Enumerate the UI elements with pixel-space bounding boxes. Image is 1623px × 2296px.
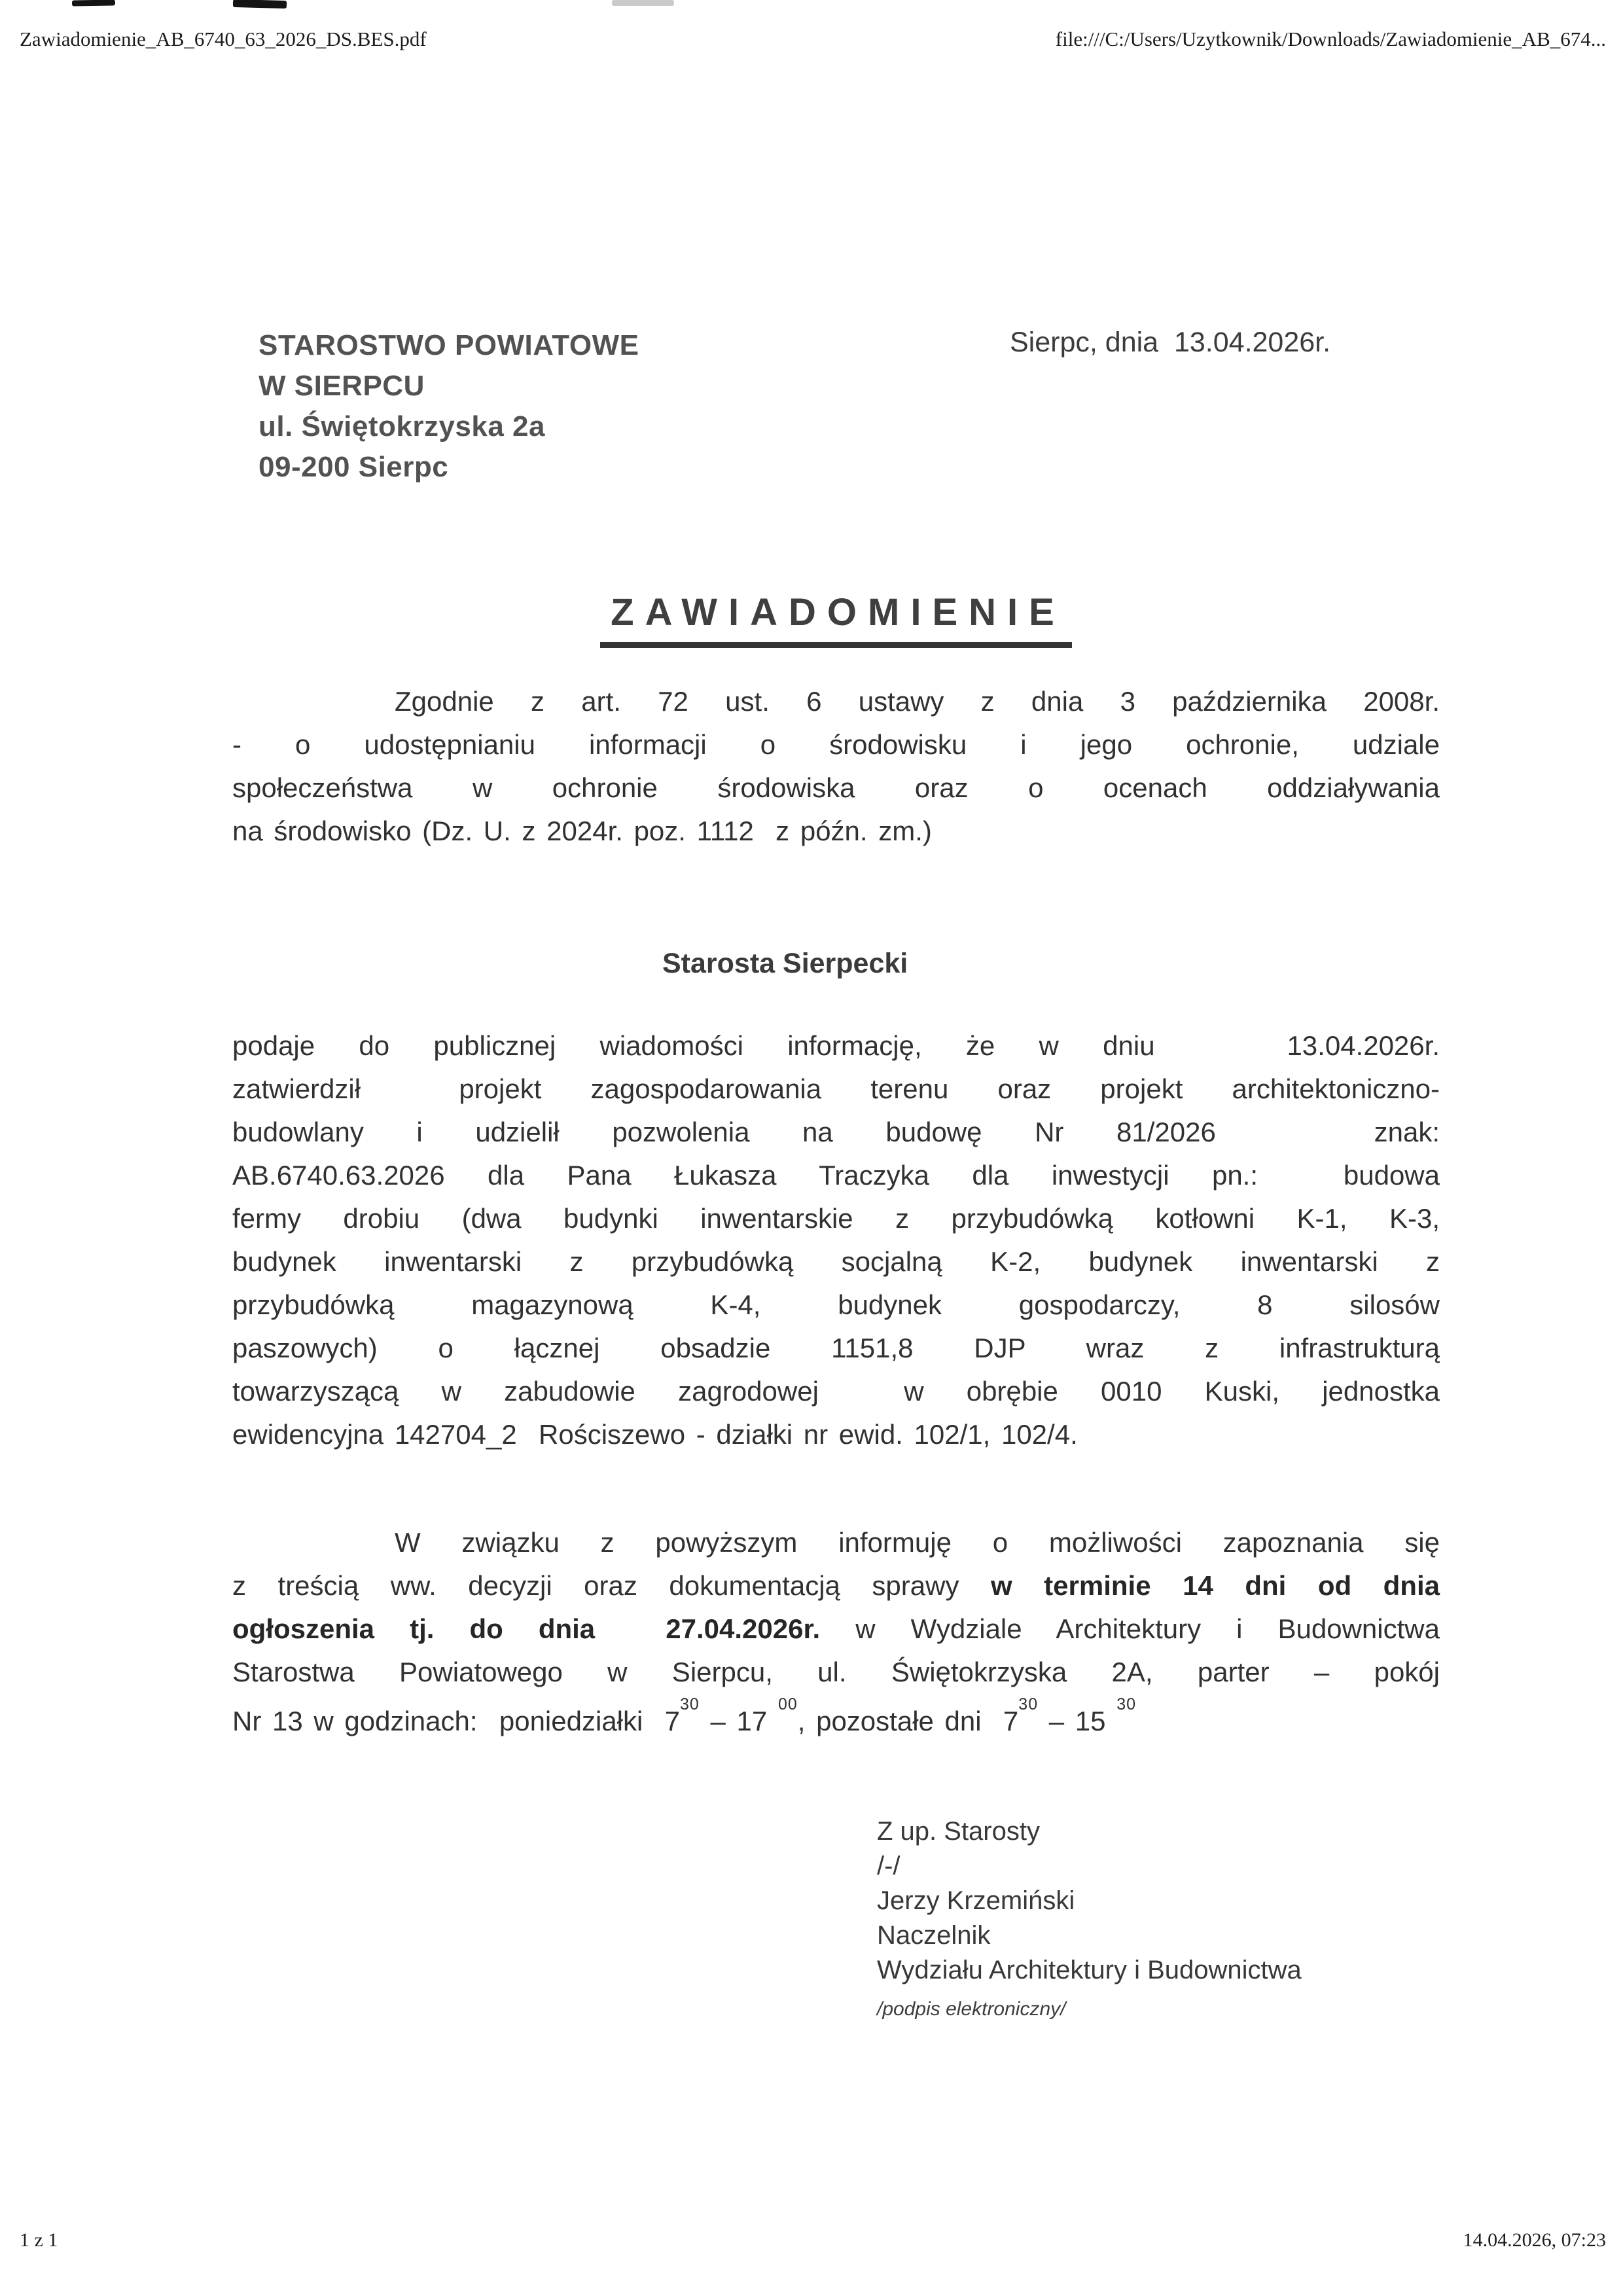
paragraph-line: z treścią ww. decyzji oraz dokumentacją … bbox=[232, 1564, 1440, 1607]
signature-line: Z up. Starosty bbox=[877, 1814, 1302, 1849]
paragraph-segment: – 15 bbox=[1038, 1706, 1116, 1736]
signature-line: /-/ bbox=[877, 1849, 1302, 1884]
document-title-row: ZAWIADOMIENIE bbox=[232, 590, 1440, 648]
signature-block: Z up. Starosty /-/ Jerzy Krzemiński Nacz… bbox=[877, 1814, 1302, 2026]
heading-starosta-sierpecki: Starosta Sierpecki bbox=[662, 948, 908, 980]
paragraph-line: ewidencyjna 142704_2 Rościszewo - działk… bbox=[232, 1413, 1440, 1456]
electronic-signature-note: /podpis elektroniczny/ bbox=[877, 1992, 1302, 2026]
paragraph-line: Zgodnie z art. 72 ust. 6 ustawy z dnia 3… bbox=[232, 680, 1440, 723]
paragraph-line: paszowych) o łącznej obsadzie 1151,8 DJP… bbox=[232, 1327, 1440, 1370]
paragraph-line-office-hours: Nr 13 w godzinach: poniedziałki 730 – 17… bbox=[232, 1694, 1440, 1743]
paragraph-line: budowlany i udzielił pozwolenia na budow… bbox=[232, 1111, 1440, 1154]
document-filename: Zawiadomienie_AB_6740_63_2026_DS.BES.pdf bbox=[20, 27, 427, 51]
paragraph-line: zatwierdził projekt zagospodarowania ter… bbox=[232, 1067, 1440, 1111]
paragraph-legal-basis: Zgodnie z art. 72 ust. 6 ustawy z dnia 3… bbox=[232, 680, 1440, 853]
paragraph-line: na środowisko (Dz. U. z 2024r. poz. 1112… bbox=[232, 810, 1440, 853]
paragraph-line: przybudówką magazynową K-4, budynek gosp… bbox=[232, 1283, 1440, 1327]
print-footer: 1 z 1 14.04.2026, 07:23 bbox=[0, 2229, 1623, 2251]
paragraph-decision: podaje do publicznej wiadomości informac… bbox=[232, 1024, 1440, 1456]
paragraph-segment: Nr 13 w godzinach: poniedziałki 7 bbox=[232, 1706, 680, 1736]
paragraph-line: społeczeństwa w ochronie środowiska oraz… bbox=[232, 766, 1440, 810]
signature-line: Wydziału Architektury i Budownictwa bbox=[877, 1953, 1302, 1988]
letterhead-line: W SIERPCU bbox=[259, 366, 639, 406]
scan-artifact bbox=[612, 0, 674, 6]
paragraph-line: Starostwa Powiatowego w Sierpcu, ul. Świ… bbox=[232, 1651, 1440, 1694]
scan-artifact bbox=[233, 0, 287, 9]
scan-artifact bbox=[72, 0, 115, 7]
paragraph-line: fermy drobiu (dwa budynki inwentarskie z… bbox=[232, 1197, 1440, 1240]
paragraph-line: podaje do publicznej wiadomości informac… bbox=[232, 1024, 1440, 1067]
hours-superscript: 30 bbox=[1018, 1695, 1038, 1713]
scanned-pdf-printout-page: { "print_header": { "filename": "Zawiado… bbox=[0, 0, 1623, 2296]
paragraph-line: - o udostępnianiu informacji o środowisk… bbox=[232, 723, 1440, 766]
hours-superscript: 30 bbox=[680, 1695, 700, 1713]
paragraph-line: towarzyszącą w zabudowie zagrodowej w ob… bbox=[232, 1370, 1440, 1413]
letterhead-line: ul. Świętokrzyska 2a bbox=[259, 406, 639, 447]
paragraph-segment: w Wydziale Architektury i Budownictwa bbox=[820, 1613, 1440, 1644]
deadline-emphasis: w terminie 14 dni od dnia bbox=[991, 1570, 1440, 1601]
paragraph-segment: – 17 bbox=[700, 1706, 778, 1736]
page-number: 1 z 1 bbox=[20, 2229, 58, 2251]
paragraph-segment: z treścią ww. decyzji oraz dokumentacją … bbox=[232, 1570, 991, 1601]
letterhead-line: 09-200 Sierpc bbox=[259, 447, 639, 488]
print-header: Zawiadomienie_AB_6740_63_2026_DS.BES.pdf… bbox=[0, 27, 1623, 51]
document-title: ZAWIADOMIENIE bbox=[600, 590, 1072, 648]
signature-line: Jerzy Krzemiński bbox=[877, 1884, 1302, 1918]
print-timestamp: 14.04.2026, 07:23 bbox=[1463, 2229, 1606, 2251]
deadline-emphasis: ogłoszenia tj. do dnia 27.04.2026r. bbox=[232, 1613, 820, 1644]
paragraph-line: W związku z powyższym informuję o możliw… bbox=[232, 1521, 1440, 1564]
signature-line: Naczelnik bbox=[877, 1918, 1302, 1953]
document-file-url: file:///C:/Users/Uzytkownik/Downloads/Za… bbox=[1056, 27, 1606, 51]
paragraph-line: AB.6740.63.2026 dla Pana Łukasza Traczyk… bbox=[232, 1154, 1440, 1197]
hours-superscript: 00 bbox=[778, 1695, 798, 1713]
paragraph-segment: , pozostałe dni 7 bbox=[798, 1706, 1019, 1736]
hours-superscript: 30 bbox=[1116, 1695, 1136, 1713]
letterhead: STAROSTWO POWIATOWE W SIERPCU ul. Święto… bbox=[259, 325, 639, 488]
letterhead-line: STAROSTWO POWIATOWE bbox=[259, 325, 639, 366]
paragraph-line: ogłoszenia tj. do dnia 27.04.2026r. w Wy… bbox=[232, 1607, 1440, 1651]
place-and-date: Sierpc, dnia 13.04.2026r. bbox=[1010, 327, 1330, 359]
paragraph-line: budynek inwentarski z przybudówką socjal… bbox=[232, 1240, 1440, 1283]
paragraph-information: W związku z powyższym informuję o możliw… bbox=[232, 1521, 1440, 1743]
